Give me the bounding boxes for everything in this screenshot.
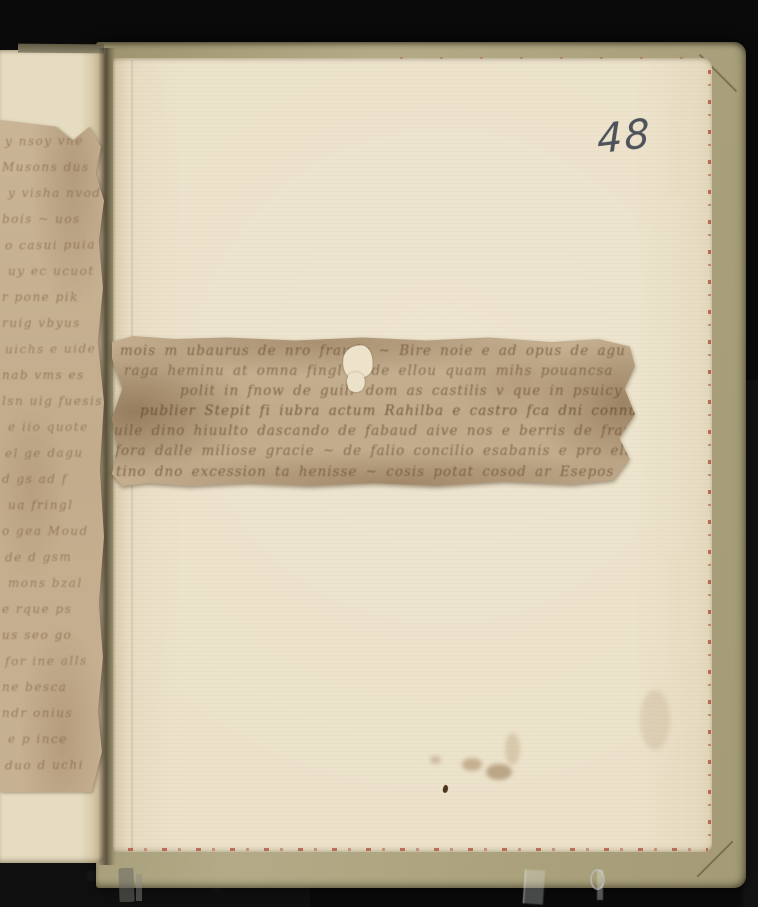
transparent-holder-tab <box>523 869 545 904</box>
facing-parchment-fragment: y nsoy vneMusons dusy visha nvodbois ~ u… <box>0 120 104 792</box>
manuscript-photo: 48 y nsoy vneMusons dusy visha nvodbois … <box>0 0 758 907</box>
strip-script-line: uile dino hiuulto dascando de fabaud aiv… <box>112 421 635 441</box>
pasted-strip-wrap: mois m ubaurus de nro fraude ~ Bire noie… <box>112 336 635 486</box>
fragment-script-line: r pone pik <box>0 284 104 310</box>
facing-page-top-edge <box>18 44 104 54</box>
page-stain <box>486 764 512 780</box>
page-holder-tab <box>136 874 142 901</box>
page-stain <box>505 733 520 765</box>
fragment-script-line: de d gsm <box>0 543 104 570</box>
fragment-script-line: el ge dagu <box>0 439 104 466</box>
strip-script-line: polit in fnow de guilr dom as castilis v… <box>112 381 635 401</box>
transparent-holder-tab <box>597 870 603 900</box>
sprinkled-edge-bottom <box>128 848 708 851</box>
fragment-script-line: d gs ad f <box>0 466 104 492</box>
fragment-script-line: nab vms es <box>0 362 104 388</box>
fragment-script-line: y nsoy vne <box>0 127 104 154</box>
fragment-script-line: e rque ps <box>0 596 104 622</box>
fragment-script-line: e iio quote <box>0 414 104 440</box>
fragment-script-line: o casui puia <box>0 231 104 258</box>
fragment-script-line: duo d uchi <box>0 751 104 778</box>
page-stain <box>640 690 670 750</box>
fragment-script-line: us seo go <box>0 622 104 648</box>
fragment-script-line: lsn uig fuesis <box>0 388 104 414</box>
strip-script-line: publier Stepit fi iubra actum Rahilba e … <box>112 401 635 421</box>
fragment-script-line: e p ince <box>0 726 104 752</box>
page-holder-tab <box>118 868 134 903</box>
fragment-script-line: o gea Moud <box>0 518 104 544</box>
sprinkled-edge-right <box>708 70 711 848</box>
facing-fragment-wrap: y nsoy vneMusons dusy visha nvodbois ~ u… <box>0 120 104 792</box>
fragment-script-line: ndr onius <box>0 700 104 726</box>
fragment-script-line: ua fringl <box>0 492 104 518</box>
fragment-script-line: for ine alls <box>0 647 104 674</box>
strip-script-line: raga heminu at omna fingl ~ de ellou qua… <box>112 361 635 381</box>
fragment-script-line: uichs e uide <box>0 335 104 362</box>
fragment-script-line: ruig vbyus <box>0 310 104 336</box>
page-stain <box>462 758 482 771</box>
strip-script-line: tino dno excession ta henisse ~ cosis po… <box>112 461 635 483</box>
fragment-script-line: uy ec ucuot <box>0 258 104 284</box>
strip-script-line: fora dalle miliose gracie ~ de falio con… <box>112 441 635 461</box>
fragment-script-line: y visha nvod <box>0 180 104 206</box>
pasted-parchment-strip: mois m ubaurus de nro fraude ~ Bire noie… <box>112 336 635 486</box>
fragment-script-line: ne besca <box>0 674 104 700</box>
fragment-script-line: Musons dus <box>0 154 104 180</box>
folio-number: 48 <box>596 106 687 177</box>
fragment-script-line: bois ~ uos <box>0 206 104 232</box>
strip-script-line: mois m ubaurus de nro fraude ~ Bire noie… <box>112 341 635 361</box>
page-stain <box>430 756 441 764</box>
fragment-script-line: mons bzal <box>0 570 104 596</box>
sprinkled-edge-top <box>400 57 700 59</box>
